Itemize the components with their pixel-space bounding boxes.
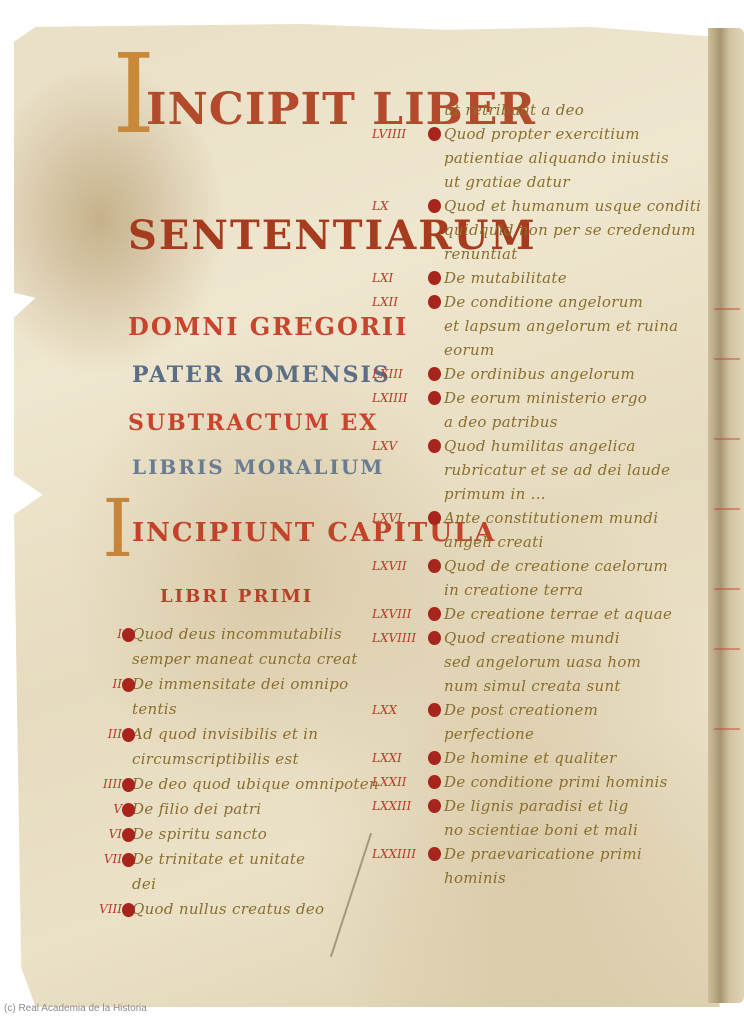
chapter-entry: LVIIIIQuod propter exercitiumpatientiae … <box>372 122 702 194</box>
chapter-text-line: patientiae aliquando iniustis <box>372 146 702 170</box>
title-domni-gregorii: DOMNI GREGORII <box>128 312 408 341</box>
rubricated-initial-icon <box>122 828 135 842</box>
chapter-numeral: V <box>88 797 122 822</box>
chapter-entry: LXIIDe conditione angelorumet lapsum ang… <box>372 290 702 362</box>
rubricated-initial-icon <box>428 799 441 813</box>
chapter-text-line: primum in ... <box>372 482 702 506</box>
rubricated-initial-icon <box>428 199 441 213</box>
chapter-text-line: quidquid non per se credendum <box>372 218 702 242</box>
rubricated-initial-icon <box>428 631 441 645</box>
right-chapter-list: ut retribuat a deoLVIIIIQuod propter exe… <box>372 98 702 890</box>
chapter-text-line: hominis <box>372 866 702 890</box>
rubricated-initial-icon <box>428 391 441 405</box>
rubricated-initial-icon <box>428 559 441 573</box>
rubricated-initial-icon <box>428 367 441 381</box>
chapter-entry: LXXIDe homine et qualiter <box>372 746 702 770</box>
chapter-text-line: perfectione <box>372 722 702 746</box>
chapter-entry: LXQuod et humanum usque conditioquidquid… <box>372 194 702 266</box>
chapter-numeral: LXVII <box>372 554 424 578</box>
chapter-entry: ut retribuat a deo <box>372 98 702 122</box>
chapter-entry: IQuod deus incommutabilissemper maneat c… <box>88 622 378 672</box>
rubricated-initial-icon <box>122 728 135 742</box>
chapter-entry: VIIIQuod nullus creatus deo <box>88 897 378 922</box>
chapter-text-line: a deo patribus <box>372 410 702 434</box>
chapter-numeral: VIII <box>88 897 122 922</box>
chapter-entry: VDe filio dei patri <box>88 797 378 822</box>
chapter-numeral: LXV <box>372 434 424 458</box>
chapter-entry: VIDe spiritu sancto <box>88 822 378 847</box>
chapter-entry: LXVIIIIQuod creatione mundi sed angeloru… <box>372 626 702 698</box>
rubricated-initial-icon <box>428 847 441 861</box>
rubricated-initial-icon <box>428 439 441 453</box>
chapter-numeral: LXX <box>372 698 424 722</box>
chapter-numeral: LXII <box>372 290 424 314</box>
title-libris-moralium: LIBRIS MORALIUM <box>132 455 384 479</box>
chapter-numeral: LXIIII <box>372 386 424 410</box>
chapter-text-line: ut gratiae datur <box>372 170 702 194</box>
chapter-entry: IIIIDe deo quod ubique omnipotens <box>88 772 378 797</box>
chapter-numeral: IIII <box>88 772 122 797</box>
chapter-numeral: LXXIII <box>372 794 424 818</box>
chapter-numeral: LXVI <box>372 506 424 530</box>
chapter-entry: VIIDe trinitate et unitatedei <box>88 847 378 897</box>
copyright-notice: (c) Real Academia de la Historia <box>4 1003 147 1014</box>
decorated-initial: I <box>102 482 136 575</box>
chapter-text-line: angeli creati <box>372 530 702 554</box>
decorated-initial: I <box>112 30 156 158</box>
chapter-text-line: eorum <box>372 338 702 362</box>
chapter-numeral: LXXIIII <box>372 842 424 866</box>
rubricated-initial-icon <box>122 903 135 917</box>
rubricated-initial-icon <box>428 511 441 525</box>
book-gutter <box>708 28 744 1003</box>
chapter-numeral: I <box>88 622 122 647</box>
left-chapter-list: IQuod deus incommutabilissemper maneat c… <box>88 622 378 922</box>
rubricated-initial-icon <box>428 703 441 717</box>
chapter-entry: LXXIIIIDe praevaricatione primihominis <box>372 842 702 890</box>
chapter-numeral: LXVIIII <box>372 626 424 650</box>
chapter-entry: LXVQuod humilitas angelicarubricatur et … <box>372 434 702 506</box>
chapter-text-line: sed angelorum uasa hom <box>372 650 702 674</box>
chapter-numeral: III <box>88 722 122 747</box>
chapter-text-line: et lapsum angelorum et ruina <box>372 314 702 338</box>
rubricated-initial-icon <box>122 628 135 642</box>
chapter-text-line: dei <box>88 872 378 897</box>
chapter-text-line: semper maneat cuncta creat <box>88 647 378 672</box>
title-subtractum-ex: SUBTRACTUM EX <box>128 410 378 436</box>
chapter-entry: LXVIIQuod de creatione caelorumin creati… <box>372 554 702 602</box>
chapter-numeral: LXI <box>372 266 424 290</box>
rubricated-initial-icon <box>122 778 135 792</box>
chapter-numeral: LXVIII <box>372 602 424 626</box>
chapter-numeral: LXXI <box>372 746 424 770</box>
chapter-numeral: LX <box>372 194 424 218</box>
rubricated-initial-icon <box>428 271 441 285</box>
rubricated-initial-icon <box>428 751 441 765</box>
chapter-entry: IIIAd quod invisibilis et incircumscript… <box>88 722 378 772</box>
chapter-text-line: rubricatur et se ad dei laude <box>372 458 702 482</box>
chapter-numeral: LXXII <box>372 770 424 794</box>
rubricated-initial-icon <box>428 127 441 141</box>
chapter-text-line: ut retribuat a deo <box>372 98 702 122</box>
rubricated-initial-icon <box>122 803 135 817</box>
rubricated-initial-icon <box>122 853 135 867</box>
chapter-entry: LXXDe post creationemperfectione <box>372 698 702 746</box>
rubricated-initial-icon <box>428 607 441 621</box>
chapter-numeral: VII <box>88 847 122 872</box>
title-libri-primi: LIBRI PRIMI <box>160 586 313 607</box>
chapter-text-line: in creatione terra <box>372 578 702 602</box>
chapter-entry: LXVIAnte constitutionem mundiangeli crea… <box>372 506 702 554</box>
chapter-entry: LXVIIIDe creatione terrae et aquae <box>372 602 702 626</box>
chapter-text-line: no scientiae boni et mali <box>372 818 702 842</box>
chapter-entry: LXXIIDe conditione primi hominis <box>372 770 702 794</box>
chapter-entry: LXIIIIDe eorum ministerio ergoa deo patr… <box>372 386 702 434</box>
chapter-entry: LXIIIDe ordinibus angelorum <box>372 362 702 386</box>
chapter-entry: LXXIIIDe lignis paradisi et ligno scient… <box>372 794 702 842</box>
chapter-numeral: II <box>88 672 122 697</box>
chapter-numeral: VI <box>88 822 122 847</box>
chapter-text-line: num simul creata sunt <box>372 674 702 698</box>
chapter-text-line: tentis <box>88 697 378 722</box>
chapter-entry: IIDe immensitate dei omnipotentis <box>88 672 378 722</box>
chapter-text-line: renuntiat <box>372 242 702 266</box>
chapter-numeral: LVIIII <box>372 122 424 146</box>
title-pater-romensis: PATER ROMENSIS <box>132 362 391 388</box>
rubricated-initial-icon <box>428 295 441 309</box>
chapter-text-line: circumscriptibilis est <box>88 747 378 772</box>
chapter-numeral: LXIII <box>372 362 424 386</box>
rubricated-initial-icon <box>122 678 135 692</box>
chapter-entry: LXIDe mutabilitate <box>372 266 702 290</box>
rubricated-initial-icon <box>428 775 441 789</box>
